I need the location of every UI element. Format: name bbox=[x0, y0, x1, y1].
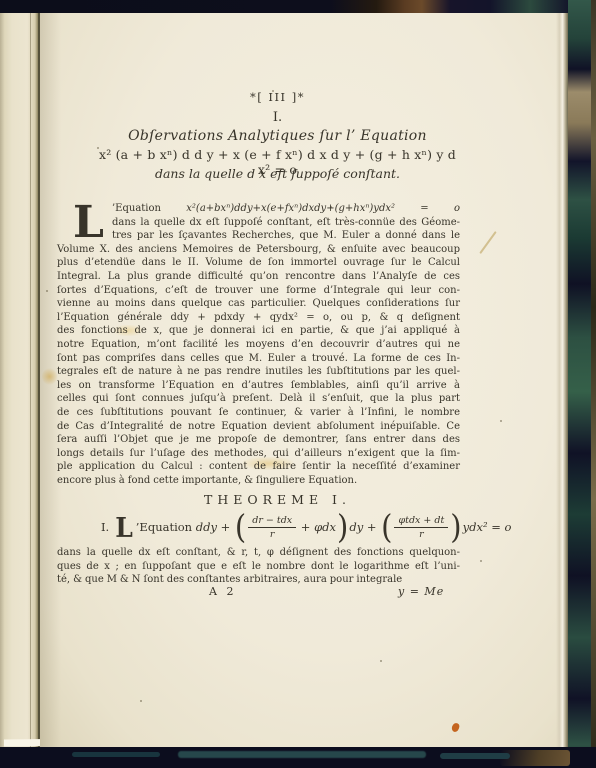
fraction-2-denominator: r bbox=[419, 528, 424, 540]
text-run: des fonctions de x, que je donnerai ici … bbox=[57, 325, 460, 336]
speck bbox=[500, 420, 502, 422]
text-line: vienne au moins dans quelque cas particu… bbox=[57, 297, 460, 311]
big-paren-open: ( bbox=[381, 511, 392, 543]
text-line: dans la quelle dx eſt conſtant, & r, t, … bbox=[57, 546, 460, 560]
speck bbox=[380, 660, 382, 662]
marble-streak bbox=[440, 753, 510, 759]
text-run: tegrales eſt de nature à ne pas rendre i… bbox=[57, 366, 460, 377]
eq-term: ydx² = o bbox=[463, 520, 512, 534]
catchword: y = Me bbox=[398, 585, 444, 598]
text-run: x²(a+bxⁿ)ddy+x(e+fxⁿ)dxdy+(g+hxⁿ)ydx² = … bbox=[186, 203, 460, 214]
theorem-equation: I. L ’Equation ddy + ( dr − tdxr + φdx )… bbox=[57, 509, 497, 545]
text-line: des fonctions de x, que je donnerai ici … bbox=[57, 324, 460, 338]
text-run: vienne au moins dans quelque cas particu… bbox=[57, 298, 460, 309]
speck bbox=[46, 290, 48, 292]
text-run: l’Equation générale ddy + pdxdy + qydx² … bbox=[57, 312, 460, 323]
text-run: Volume X. des anciens Memoires de Peters… bbox=[57, 244, 460, 255]
fraction-2: φtdx + dtr bbox=[394, 515, 448, 540]
speck bbox=[480, 560, 482, 562]
theorem-lines: dans la quelle dx eſt conſtant, & r, t, … bbox=[57, 546, 460, 587]
text-line: ’Equation x²(a+bxⁿ)ddy+x(e+fxⁿ)dxdy+(g+h… bbox=[57, 202, 460, 216]
section-number: I. bbox=[57, 110, 460, 125]
text-line: ſont pas compriſes dans celles que M. Eu… bbox=[57, 352, 460, 366]
theorem-heading: THEOREME I. bbox=[57, 492, 460, 507]
text-run: ſont pas compriſes dans celles que M. Eu… bbox=[57, 353, 460, 364]
eq-label: ’Equation bbox=[136, 520, 196, 534]
text-run: celles qui ſont connues juſqu’à preſent.… bbox=[57, 393, 460, 404]
text-line: l’Equation générale ddy + pdxdy + qydx² … bbox=[57, 311, 460, 325]
article-title: Obſervations Analytiques ſur l’ Equation bbox=[57, 128, 460, 144]
marble-streak bbox=[500, 750, 570, 766]
text-run: de Cas d’Integralité de notre Equation d… bbox=[57, 421, 460, 432]
ornate-initial-L: L bbox=[115, 513, 133, 541]
text-line: ple application du Calcul : content de f… bbox=[57, 460, 460, 474]
text-run: de ces ſubſtitutions pouvant ſe continue… bbox=[57, 407, 460, 418]
page-fore-edge bbox=[556, 13, 568, 747]
text-run: ſortes d’Equations, c’eſt de trouver une… bbox=[57, 285, 460, 296]
text-run: notre Equation, m’ont facilité les moyen… bbox=[57, 339, 460, 350]
text-line: tegrales eſt de nature à ne pas rendre i… bbox=[57, 365, 460, 379]
text-run: ple application du Calcul : content de f… bbox=[57, 461, 460, 472]
eq-term: + φdx bbox=[297, 520, 336, 534]
paragraph-lines: ’Equation x²(a+bxⁿ)ddy+x(e+fxⁿ)dxdy+(g+h… bbox=[57, 202, 460, 487]
text-line: les on transforme l’Equation en d’autres… bbox=[57, 379, 460, 393]
page-stack-left-edge bbox=[0, 13, 40, 747]
text-line: encore plus à fond cette importante, & ſ… bbox=[57, 474, 460, 488]
text-line: ques de x ; en ſuppoſant que e eſt le no… bbox=[57, 560, 460, 574]
text-line: plus d’etendüe dans le II. Volume de ſon… bbox=[57, 256, 460, 270]
theorem-item-number: I. bbox=[101, 520, 109, 534]
speck bbox=[140, 700, 142, 702]
signature-row: A 2 y = Me bbox=[57, 585, 460, 599]
fraction-2-numerator: φtdx + dt bbox=[394, 515, 448, 528]
text-run: dans la quelle dx eſt conſtant, & r, t, … bbox=[57, 547, 460, 558]
text-line: Volume X. des anciens Memoires de Peters… bbox=[57, 243, 460, 257]
text-run: encore plus à fond cette importante, & ſ… bbox=[57, 475, 357, 486]
folio-mark: *[ III ]* bbox=[57, 90, 460, 104]
text-line: celles qui ſont connues juſqu’à preſent.… bbox=[57, 392, 460, 406]
big-paren-open: ( bbox=[235, 511, 246, 543]
marble-streak bbox=[178, 751, 426, 758]
text-line: de ces ſubſtitutions pouvant ſe continue… bbox=[57, 406, 460, 420]
text-line: ſortes d’Equations, c’eſt de trouver une… bbox=[57, 284, 460, 298]
text-run: ques de x ; en ſuppoſant que e eſt le no… bbox=[57, 561, 460, 572]
text-run: ’Equation bbox=[112, 203, 186, 214]
text-run: ſera auſſi l’Objet que je me propoſe de … bbox=[57, 434, 460, 445]
eq-term: dy + bbox=[349, 520, 380, 534]
text-line: longs details ſur l’uſage des methodes, … bbox=[57, 447, 460, 461]
text-run: Integral. La plus grande difficulté qu’o… bbox=[57, 271, 460, 282]
fraction-1-numerator: dr − tdx bbox=[248, 515, 296, 528]
fraction-1: dr − tdxr bbox=[248, 515, 296, 540]
text-line: ſera auſſi l’Objet que je me propoſe de … bbox=[57, 433, 460, 447]
text-run: plus d’etendüe dans le II. Volume de ſon… bbox=[57, 257, 460, 268]
fraction-1-denominator: r bbox=[270, 528, 275, 540]
signature-mark: A 2 bbox=[209, 585, 236, 598]
text-line: notre Equation, m’ont facilité les moyen… bbox=[57, 338, 460, 352]
big-paren-close: ) bbox=[450, 511, 461, 543]
text-run: té, & que M & N ſont des conſtantes arbi… bbox=[57, 574, 402, 585]
text-line: de Cas d’Integralité de notre Equation d… bbox=[57, 420, 460, 434]
marble-streak bbox=[72, 752, 160, 757]
text-run: les on transforme l’Equation en d’autres… bbox=[57, 380, 460, 391]
book-cover-bottom-edge bbox=[0, 747, 596, 768]
text-line: tres par les ſçavantes Recherches, que M… bbox=[57, 229, 460, 243]
eq-term: ddy + bbox=[196, 520, 234, 534]
marbled-cover-right-edge bbox=[568, 0, 596, 768]
text-run: longs details ſur l’uſage des methodes, … bbox=[57, 448, 460, 459]
text-line: Integral. La plus grande difficulté qu’o… bbox=[57, 270, 460, 284]
text-run: dans la quelle dx eſt ſuppoſé conſtant, … bbox=[112, 217, 460, 228]
text-line: dans la quelle dx eſt ſuppoſé conſtant, … bbox=[57, 216, 460, 230]
big-paren-close: ) bbox=[337, 511, 348, 543]
book-scan-photo: *[ III ]* I. Obſervations Analytiques ſu… bbox=[0, 0, 596, 768]
stain-amber-left-margin bbox=[42, 368, 57, 385]
text-run: tres par les ſçavantes Recherches, que M… bbox=[112, 230, 460, 241]
title-subline: dans la quelle d x eſt ſuppoſé conſtant. bbox=[57, 166, 460, 181]
